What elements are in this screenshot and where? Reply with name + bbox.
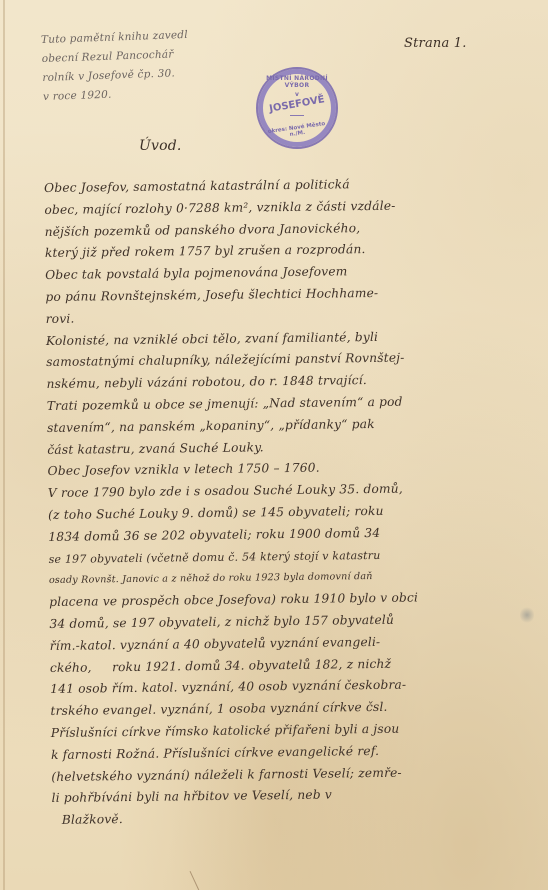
body-text: Obec Josefov, samostatná katastrální a p…: [44, 172, 530, 832]
stamp-ring-text: MÍSTNÍ NÁRODNÍ VÝBOR: [260, 75, 334, 89]
official-stamp: MÍSTNÍ NÁRODNÍ VÝBOR v JOSEFOVĚ okres: N…: [256, 67, 338, 149]
paper-crease: [190, 871, 202, 890]
page-number: Strana 1.: [404, 36, 467, 51]
document-page: Tuto pamětní knihu zavedl obecní Rezul P…: [0, 0, 548, 890]
stamp-bottom-text: okres: Nové Město n./M.: [262, 120, 333, 142]
stamp-divider: [290, 115, 304, 116]
section-heading: Úvod.: [139, 138, 182, 154]
margin-note: Tuto pamětní knihu zavedl obecní Rezul P…: [41, 23, 274, 107]
ink-smudge: [520, 606, 534, 624]
